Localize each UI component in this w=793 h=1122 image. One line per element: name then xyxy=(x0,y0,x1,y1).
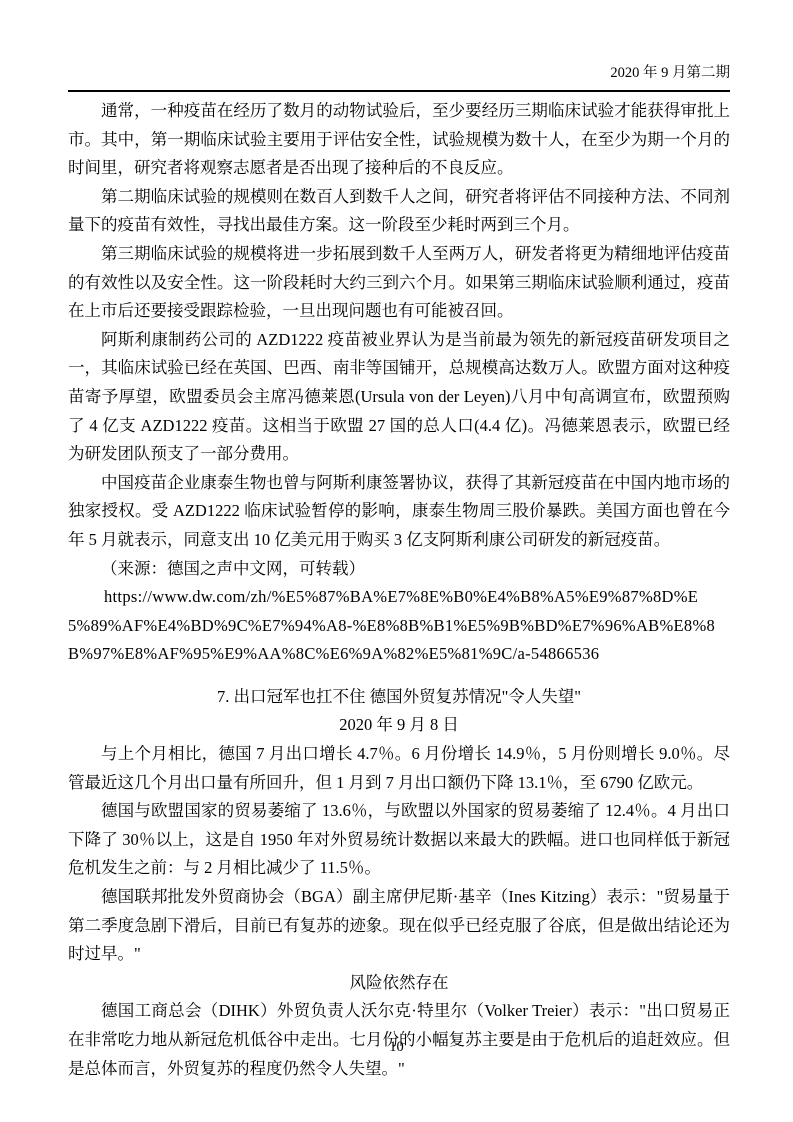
page-number: 10 xyxy=(0,1038,793,1056)
document-body: 通常，一种疫苗在经历了数月的动物试验后，至少要经历三期临床试验才能获得审批上市。… xyxy=(68,97,730,1083)
header-issue: 2020 年 9 月第二期 xyxy=(68,64,730,82)
section-date: 2020 年 9 月 8 日 xyxy=(68,711,730,740)
source-note: （来源：德国之声中文网，可转载） xyxy=(68,555,730,584)
body-paragraph: 第三期临床试验的规模将进一步拓展到数千人至两万人，研发者将更为精细地评估疫苗的有… xyxy=(68,240,730,326)
body-paragraph: 阿斯利康制药公司的 AZD1222 疫苗被业界认为是当前最为领先的新冠疫苗研发项… xyxy=(68,326,730,469)
sub-heading: 风险依然存在 xyxy=(68,969,730,998)
export-article-section: 7. 出口冠军也扛不住 德国外贸复苏情况"令人失望" 2020 年 9 月 8 … xyxy=(68,683,730,1083)
body-paragraph: 德国与欧盟国家的贸易萎缩了 13.6％，与欧盟以外国家的贸易萎缩了 12.4％。… xyxy=(68,797,730,883)
body-paragraph: 德国联邦批发外贸商协会（BGA）副主席伊尼斯·基辛（Ines Kitzing）表… xyxy=(68,883,730,969)
article-url-line[interactable]: B%97%E8%AF%95%E9%AA%8C%E6%9A%82%E5%81%9C… xyxy=(68,640,730,669)
section-title: 7. 出口冠军也扛不住 德国外贸复苏情况"令人失望" xyxy=(68,683,730,712)
vaccine-article-section: 通常，一种疫苗在经历了数月的动物试验后，至少要经历三期临床试验才能获得审批上市。… xyxy=(68,97,730,669)
body-paragraph: 通常，一种疫苗在经历了数月的动物试验后，至少要经历三期临床试验才能获得审批上市。… xyxy=(68,97,730,183)
body-paragraph: 与上个月相比，德国 7 月出口增长 4.7％。6 月份增长 14.9％，5 月份… xyxy=(68,740,730,797)
article-url-line[interactable]: 5%89%AF%E4%BD%9C%E7%94%A8-%E8%8B%B1%E5%9… xyxy=(68,612,730,641)
article-url-line[interactable]: https://www.dw.com/zh/%E5%87%BA%E7%8E%B0… xyxy=(68,583,730,612)
document-page: 2020 年 9 月第二期 通常，一种疫苗在经历了数月的动物试验后，至少要经历三… xyxy=(0,0,793,1122)
body-paragraph: 第二期临床试验的规模则在数百人到数千人之间，研究者将评估不同接种方法、不同剂量下… xyxy=(68,183,730,240)
header-rule xyxy=(68,90,730,92)
article-url[interactable]: https://www.dw.com/zh/%E5%87%BA%E7%8E%B0… xyxy=(68,583,730,669)
body-paragraph: 中国疫苗企业康泰生物也曾与阿斯利康签署协议，获得了其新冠疫苗在中国内地市场的独家… xyxy=(68,469,730,555)
